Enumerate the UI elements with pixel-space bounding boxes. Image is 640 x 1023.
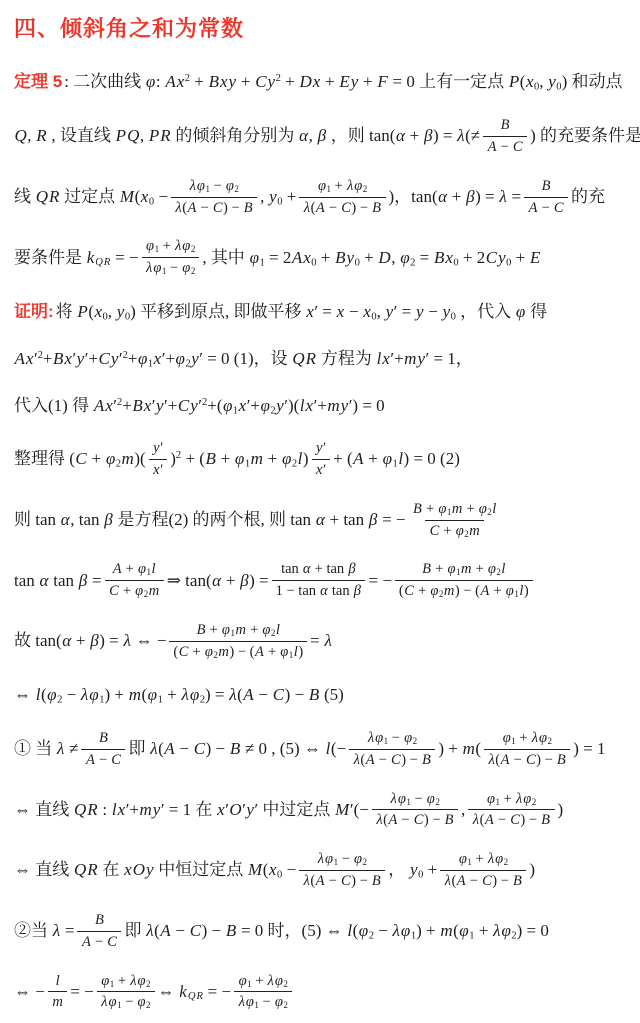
text-run: 故 tan(α + β) = λ ⇔ −	[14, 630, 166, 652]
fraction: BA − C	[77, 911, 121, 952]
text-run: 线 QR 过定点 M(x0 −	[14, 186, 168, 208]
text-run: : 二次曲线 φ: Ax2 + Bxy + Cy2 + Dx + Ey + F …	[64, 71, 622, 93]
text-run: ) = 1	[573, 738, 605, 760]
fraction: φ1 + λφ2λφ1 − φ2	[234, 972, 292, 1013]
text-run: 整理得 (C + φ2m)(	[14, 448, 146, 470]
text-run: = λ	[310, 630, 332, 652]
text-run: ⇔ kQR = −	[158, 981, 232, 1003]
text-run: 要条件是 kQR = −	[14, 247, 139, 269]
text-run: )，tan(α + β) = λ =	[389, 186, 522, 208]
fraction: BA − C	[524, 177, 568, 218]
text-run: + (A + φ1l) = 0 (2)	[333, 448, 460, 470]
text-run: )	[558, 799, 564, 821]
text-run: )2 + (B + φ1m + φ2l)	[170, 448, 308, 470]
text-run: 的充	[571, 186, 605, 208]
fraction: A + φ1lC + φ2m	[105, 560, 164, 601]
fraction: φ1 + λφ2λφ1 − φ2	[142, 237, 200, 278]
math-line: ⇔ −lm = −φ1 + λφ2λφ1 − φ2 ⇔ kQR = −φ1 + …	[14, 972, 632, 1013]
text-run: )	[529, 859, 535, 881]
fraction: λφ1 − φ2λ(A − C) − B	[372, 790, 458, 831]
text-run: 代入(1) 得 Ax′2+Bx′y′+Cy′2+(φ1x′+φ2y′)(lx′+…	[14, 395, 385, 417]
fraction: lm	[48, 972, 67, 1013]
text-run: 将 P(x0, y0) 平移到原点, 即做平移 x′ = x − x0, y′ …	[56, 301, 547, 323]
math-line: ① 当 λ ≠ BA − C 即 λ(A − C) − B ≠ 0 , (5) …	[14, 729, 632, 770]
text-run: = −	[70, 981, 93, 1003]
fraction: λφ1 − φ2λ(A − C) − B	[171, 177, 257, 218]
text-run: 即 λ(A − C) − B ≠ 0 , (5) ⇔ l(−	[128, 738, 346, 760]
math-line: 则 tan α, tan β 是方程(2) 的两个根, 则 tan α + ta…	[14, 500, 632, 541]
red-label: 证明:	[14, 301, 54, 323]
math-line: ②当 λ = BA − C 即 λ(A − C) − B = 0 时，(5) ⇔…	[14, 911, 632, 952]
fraction: y′x′	[149, 439, 168, 480]
math-line: ⇔ 直线 QR 在 xOy 中恒过定点 M(x0 − λφ1 − φ2λ(A −…	[14, 850, 632, 891]
document: 四、倾斜角之和为常数 定理 5: 二次曲线 φ: Ax2 + Bxy + Cy2…	[0, 0, 640, 1023]
proof-body: 定理 5: 二次曲线 φ: Ax2 + Bxy + Cy2 + Dx + Ey …	[14, 69, 632, 1012]
section-title: 四、倾斜角之和为常数	[14, 12, 632, 43]
math-line: 故 tan(α + β) = λ ⇔ −B + φ1m + φ2l(C + φ2…	[14, 621, 632, 662]
fraction: φ1 + λφ2λ(A − C) − B	[440, 850, 526, 891]
math-line: Ax′2+Bx′y′+Cy′2+φ1x′+φ2y′ = 0 (1)，设 QR 方…	[14, 345, 632, 372]
text-run: tan α tan β =	[14, 570, 102, 592]
math-line: 代入(1) 得 Ax′2+Bx′y′+Cy′2+(φ1x′+φ2y′)(lx′+…	[14, 392, 632, 419]
text-run: ②当 λ =	[14, 920, 74, 942]
text-run: ⇔ −	[14, 981, 45, 1003]
fraction: B + φ1m + φ2l(C + φ2m) − (A + φ1l)	[169, 621, 307, 662]
math-line: 要条件是 kQR = −φ1 + λφ2λφ1 − φ2, 其中 φ1 = 2A…	[14, 237, 632, 278]
math-line: ⇔ 直线 QR : lx′+my′ = 1 在 x′O′y′ 中过定点 M′(−…	[14, 790, 632, 831]
text-run: , 其中 φ1 = 2Ax0 + By0 + D, φ2 = Bx0 + 2Cy…	[202, 247, 541, 269]
fraction: B + φ1m + φ2lC + φ2m	[409, 500, 501, 541]
text-run: Ax′2+Bx′y′+Cy′2+φ1x′+φ2y′ = 0 (1)，设 QR 方…	[14, 348, 473, 370]
math-line: 定理 5: 二次曲线 φ: Ax2 + Bxy + Cy2 + Dx + Ey …	[14, 69, 632, 96]
fraction: B + φ1m + φ2l(C + φ2m) − (A + φ1l)	[395, 560, 533, 601]
text-run: 即 λ(A − C) − B = 0 时，(5) ⇔ l(φ2 − λφ1) +…	[124, 920, 548, 942]
text-run: 则 tan α, tan β 是方程(2) 的两个根, 则 tan α + ta…	[14, 509, 406, 531]
math-line: 整理得 (C + φ2m)(y′x′)2 + (B + φ1m + φ2l) y…	[14, 439, 632, 480]
text-run: ,	[461, 799, 465, 821]
fraction: BA − C	[483, 116, 527, 157]
text-run: ) + m(	[438, 738, 481, 760]
text-run: ⇔ 直线 QR : lx′+my′ = 1 在 x′O′y′ 中过定点 M′(−	[14, 799, 369, 821]
text-run: ⇔ 直线 QR 在 xOy 中恒过定点 M(x0 −	[14, 859, 296, 881]
fraction: λφ1 − φ2λ(A − C) − B	[299, 850, 385, 891]
fraction: φ1 + λφ2λφ1 − φ2	[97, 972, 155, 1013]
red-label: 定理 5	[14, 71, 62, 93]
text-run: ① 当 λ ≠	[14, 738, 78, 760]
text-run: = −	[368, 570, 391, 592]
text-run: ⇒ tan(α + β) =	[167, 570, 269, 592]
fraction: φ1 + λφ2λ(A − C) − B	[468, 790, 554, 831]
fraction: λφ1 − φ2λ(A − C) − B	[349, 729, 435, 770]
fraction: tan α + tan β1 − tan α tan β	[272, 560, 366, 601]
math-line: 证明: 将 P(x0, y0) 平移到原点, 即做平移 x′ = x − x0,…	[14, 298, 632, 325]
text-run: ) 的充要条件是直	[530, 125, 640, 147]
text-run: , y0 +	[260, 186, 296, 208]
fraction: φ1 + λφ2λ(A − C) − B	[299, 177, 385, 218]
fraction: φ1 + λφ2λ(A − C) − B	[484, 729, 570, 770]
math-line: tan α tan β = A + φ1lC + φ2m ⇒ tan(α + β…	[14, 560, 632, 601]
fraction: y′x′	[312, 439, 331, 480]
math-line: Q, R , 设直线 PQ, PR 的倾斜角分别为 α, β ，则 tan(α …	[14, 116, 632, 157]
text-run: Q, R , 设直线 PQ, PR 的倾斜角分别为 α, β ，则 tan(α …	[14, 125, 480, 147]
text-run: ⇔ l(φ2 − λφ1) + m(φ1 + λφ2) = λ(A − C) −…	[14, 684, 344, 706]
math-line: ⇔ l(φ2 − λφ1) + m(φ1 + λφ2) = λ(A − C) −…	[14, 682, 632, 709]
math-line: 线 QR 过定点 M(x0 − λφ1 − φ2λ(A − C) − B, y0…	[14, 177, 632, 218]
fraction: BA − C	[81, 729, 125, 770]
text-run: ， y0 +	[388, 859, 437, 881]
